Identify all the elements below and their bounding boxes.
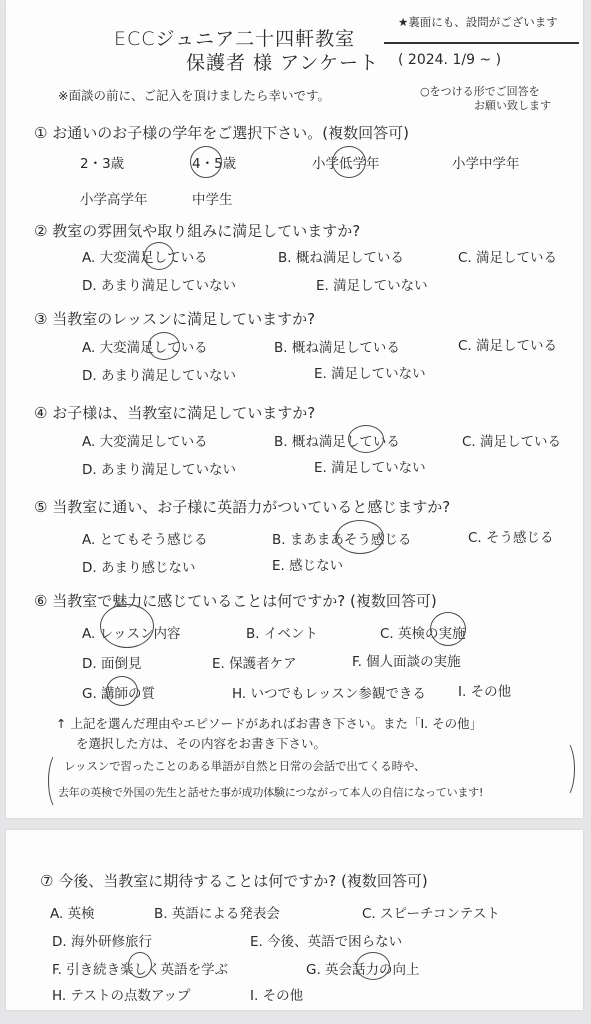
question-text: 教室の雰囲気や取り組みに満足していますか? <box>52 222 360 240</box>
option-q4-d[interactable]: D. あまり満足していない <box>82 458 236 478</box>
question-text: 今後、当教室に期待することは何ですか? (複数回答可) <box>58 872 427 890</box>
instruction-text: ※面談の前に、ご記入を頂けましたら幸いです。 <box>58 86 330 104</box>
question-1: ① お通いのお子様の学年をご選択下さい。(複数回答可) <box>34 122 409 143</box>
option-q7-h[interactable]: H. テストの点数アップ <box>52 984 191 1004</box>
question-7: ⑦ 今後、当教室に期待することは何ですか? (複数回答可) <box>40 870 428 891</box>
option-q7-b[interactable]: B. 英語による発表会 <box>154 902 280 922</box>
survey-page-back: ⑦ 今後、当教室に期待することは何ですか? (複数回答可) A. 英検 B. 英… <box>6 830 583 1010</box>
option-q7-e[interactable]: E. 今後、英語で困らない <box>250 930 402 950</box>
option-q6-i[interactable]: I. その他 <box>458 680 511 700</box>
option-q6-f[interactable]: F. 個人面談の実施 <box>352 650 461 670</box>
question-2: ② 教室の雰囲気や取り組みに満足していますか? <box>34 220 360 241</box>
question-text: お通いのお子様の学年をご選択下さい。(複数回答可) <box>52 124 409 142</box>
question-5: ⑤ 当教室に通い、お子様に英語力がついていると感じますか? <box>34 496 450 517</box>
question-number: ⑦ <box>40 872 53 890</box>
option-q6-c[interactable]: C. 英検の実施 <box>380 622 466 642</box>
instruction-circle-note-2: お願い致します <box>474 97 551 113</box>
option-q5-d[interactable]: D. あまり感じない <box>82 556 195 576</box>
option-q4-b[interactable]: B. 概ね満足している <box>274 430 400 450</box>
option-q4-a[interactable]: A. 大変満足している <box>82 430 208 450</box>
question-number: ⑥ <box>34 592 47 610</box>
question-number: ⑤ <box>34 498 47 516</box>
back-side-note: ★裏面にも、設問がございます <box>398 14 558 30</box>
option-q6-d[interactable]: D. 面倒見 <box>82 652 141 672</box>
option-q3-c[interactable]: C. 満足している <box>458 334 557 354</box>
option-q7-d[interactable]: D. 海外研修旅行 <box>52 930 152 950</box>
question-4: ④ お子様は、当教室に満足していますか? <box>34 402 315 423</box>
option-q1-4-5[interactable]: 4・5歳 <box>192 152 236 172</box>
question-text: 当教室で魅力に感じていることは何ですか? (複数回答可) <box>52 592 436 610</box>
option-q2-e[interactable]: E. 満足していない <box>316 274 428 294</box>
option-q6-e[interactable]: E. 保護者ケア <box>212 652 297 672</box>
option-q5-c[interactable]: C. そう感じる <box>468 526 554 546</box>
underline <box>384 42 579 44</box>
option-q2-a[interactable]: A. 大変満足している <box>82 246 208 266</box>
free-text-answer-1[interactable]: レッスンで習ったことのある単語が自然と日常の会話で出てくる時や、 <box>64 758 425 774</box>
option-q4-e[interactable]: E. 満足していない <box>314 456 426 476</box>
free-text-prompt-2: を選択した方は、その内容をお書き下さい。 <box>76 734 326 752</box>
survey-page-front: ECCジュニア二十四軒教室 ★裏面にも、設問がございます 保護者 様 アンケート… <box>6 0 583 818</box>
option-q7-f[interactable]: F. 引き続き楽しく英語を学ぶ <box>52 958 228 978</box>
free-text-prompt-1: ↑ 上記を選んだ理由やエピソードがあればお書き下さい。また「I. その他」 <box>56 714 482 732</box>
option-q3-d[interactable]: D. あまり満足していない <box>82 364 236 384</box>
option-q4-c[interactable]: C. 満足している <box>462 430 561 450</box>
question-3: ③ 当教室のレッスンに満足していますか? <box>34 308 315 329</box>
option-q3-b[interactable]: B. 概ね満足している <box>274 336 400 356</box>
option-q6-h[interactable]: H. いつでもレッスン参観できる <box>232 682 426 702</box>
question-text: 当教室に通い、お子様に英語力がついていると感じますか? <box>52 498 450 516</box>
close-bracket <box>554 740 575 798</box>
school-name: ECCジュニア二十四軒教室 <box>114 24 355 51</box>
option-q5-b[interactable]: B. まあまあそう感じる <box>272 528 411 548</box>
option-q1-upper-elementary[interactable]: 小学高学年 <box>80 188 148 208</box>
option-q2-b[interactable]: B. 概ね満足している <box>278 246 404 266</box>
option-q6-b[interactable]: B. イベント <box>246 622 318 642</box>
survey-title: 保護者 様 アンケート <box>186 48 379 75</box>
option-q1-2-3[interactable]: 2・3歳 <box>80 152 124 172</box>
option-q2-d[interactable]: D. あまり満足していない <box>82 274 236 294</box>
option-q7-c[interactable]: C. スピーチコンテスト <box>362 902 500 922</box>
option-q1-junior-high[interactable]: 中学生 <box>192 188 233 208</box>
question-6: ⑥ 当教室で魅力に感じていることは何ですか? (複数回答可) <box>34 590 437 611</box>
option-q3-a[interactable]: A. 大変満足している <box>82 336 208 356</box>
option-q3-e[interactable]: E. 満足していない <box>314 362 426 382</box>
option-q6-g[interactable]: G. 講師の質 <box>82 682 155 702</box>
question-number: ① <box>34 124 47 142</box>
question-number: ③ <box>34 310 47 328</box>
free-text-answer-2[interactable]: 去年の英検で外国の先生と話せた事が成功体験につながって本人の自信になっています! <box>58 784 483 800</box>
option-q5-a[interactable]: A. とてもそう感じる <box>82 528 208 548</box>
option-q7-i[interactable]: I. その他 <box>250 984 303 1004</box>
option-q1-middle-elementary[interactable]: 小学中学年 <box>452 152 520 172</box>
option-q1-lower-elementary[interactable]: 小学低学年 <box>312 152 380 172</box>
question-text: 当教室のレッスンに満足していますか? <box>52 310 315 328</box>
question-number: ② <box>34 222 47 240</box>
option-q2-c[interactable]: C. 満足している <box>458 246 557 266</box>
option-q6-a[interactable]: A. レッスン内容 <box>82 622 180 642</box>
question-text: お子様は、当教室に満足していますか? <box>52 404 315 422</box>
survey-date: ( 2024. 1/9 ~ ) <box>398 52 501 68</box>
option-q5-e[interactable]: E. 感じない <box>272 554 343 574</box>
option-q7-a[interactable]: A. 英検 <box>50 902 95 922</box>
option-q7-g[interactable]: G. 英会話力の向上 <box>306 958 420 978</box>
question-number: ④ <box>34 404 47 422</box>
